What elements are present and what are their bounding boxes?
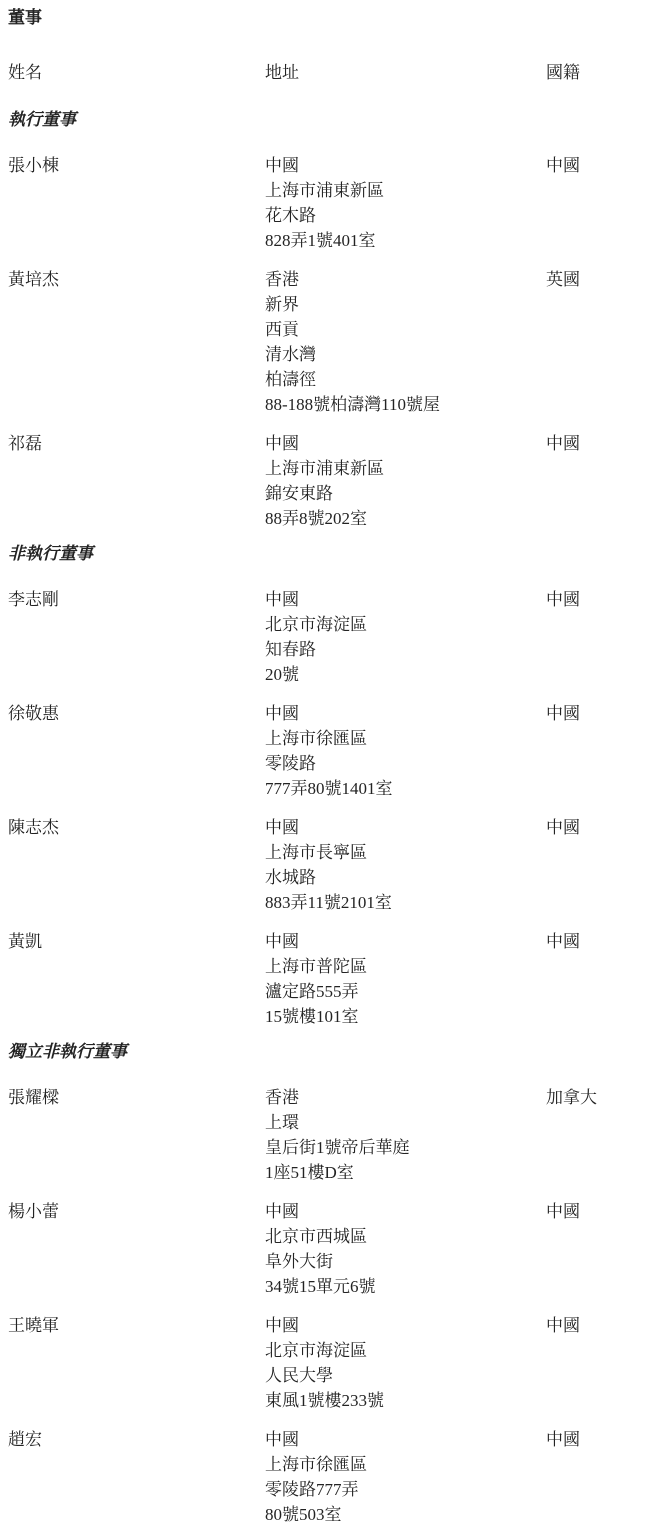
column-header-nationality: 國籍 (546, 64, 652, 81)
address-line: 777弄80號1401室 (265, 776, 546, 801)
section-heading: 非執行董事 (8, 545, 652, 563)
address-line: 中國 (265, 587, 546, 612)
address-line: 上海市浦東新區 (265, 178, 546, 203)
address-line: 中國 (265, 929, 546, 954)
director-row: 黃培杰香港新界西貢清水灣柏濤徑88-188號柏濤灣110號屋英國 (8, 267, 652, 417)
address-line: 883弄11號2101室 (265, 890, 546, 915)
address-line: 皇后街1號帝后華庭 (265, 1135, 546, 1160)
table-header: 姓名 地址 國籍 (8, 64, 652, 81)
address-line: 阜外大街 (265, 1249, 546, 1274)
director-address: 中國上海市徐匯區零陵路777弄80號1401室 (265, 701, 546, 801)
address-line: 北京市海淀區 (265, 1338, 546, 1363)
address-line: 清水灣 (265, 342, 546, 367)
director-name: 趙宏 (8, 1427, 265, 1525)
director-row: 祁磊中國上海市浦東新區錦安東路88弄8號202室中國 (8, 431, 652, 531)
address-line: 20號 (265, 662, 546, 687)
director-row: 張小棟中國上海市浦東新區花木路828弄1號401室中國 (8, 153, 652, 253)
address-line: 15號樓101室 (265, 1004, 546, 1029)
director-nationality: 中國 (546, 431, 652, 531)
director-name: 張小棟 (8, 153, 265, 253)
address-line: 上海市徐匯區 (265, 726, 546, 751)
address-line: 北京市海淀區 (265, 612, 546, 637)
director-address: 中國上海市徐匯區零陵路777弄80號503室 (265, 1427, 546, 1525)
address-line: 上海市普陀區 (265, 954, 546, 979)
director-address: 中國上海市普陀區瀘定路555弄15號樓101室 (265, 929, 546, 1029)
address-line: 中國 (265, 153, 546, 178)
column-header-name: 姓名 (8, 64, 265, 81)
director-name: 陳志杰 (8, 815, 265, 915)
address-line: 上海市浦東新區 (265, 456, 546, 481)
director-section: 執行董事張小棟中國上海市浦東新區花木路828弄1號401室中國黃培杰香港新界西貢… (8, 111, 652, 531)
director-sections: 執行董事張小棟中國上海市浦東新區花木路828弄1號401室中國黃培杰香港新界西貢… (8, 111, 652, 1525)
director-nationality: 中國 (546, 701, 652, 801)
address-line: 零陵路777弄 (265, 1477, 546, 1502)
director-nationality: 英國 (546, 267, 652, 417)
director-row: 楊小蕾中國北京市西城區阜外大街34號15單元6號中國 (8, 1199, 652, 1299)
address-line: 1座51樓D室 (265, 1160, 546, 1185)
address-line: 828弄1號401室 (265, 228, 546, 253)
director-row: 張耀樑香港上環皇后街1號帝后華庭1座51樓D室加拿大 (8, 1085, 652, 1185)
director-name: 李志剛 (8, 587, 265, 687)
director-nationality: 中國 (546, 815, 652, 915)
address-line: 西貢 (265, 317, 546, 342)
address-line: 中國 (265, 1199, 546, 1224)
director-nationality: 中國 (546, 929, 652, 1029)
director-address: 中國北京市海淀區知春路20號 (265, 587, 546, 687)
director-row: 陳志杰中國上海市長寧區水城路883弄11號2101室中國 (8, 815, 652, 915)
director-name: 張耀樑 (8, 1085, 265, 1185)
director-nationality: 中國 (546, 587, 652, 687)
address-line: 水城路 (265, 865, 546, 890)
address-line: 中國 (265, 1427, 546, 1452)
director-nationality: 中國 (546, 153, 652, 253)
director-name: 王曉軍 (8, 1313, 265, 1413)
director-name: 祁磊 (8, 431, 265, 531)
director-nationality: 中國 (546, 1313, 652, 1413)
directors-document: 董事 姓名 地址 國籍 執行董事張小棟中國上海市浦東新區花木路828弄1號401… (0, 0, 660, 1525)
director-row: 李志剛中國北京市海淀區知春路20號中國 (8, 587, 652, 687)
director-nationality: 中國 (546, 1427, 652, 1525)
director-section: 獨立非執行董事張耀樑香港上環皇后街1號帝后華庭1座51樓D室加拿大楊小蕾中國北京… (8, 1043, 652, 1525)
address-line: 34號15單元6號 (265, 1274, 546, 1299)
director-address: 中國上海市浦東新區錦安東路88弄8號202室 (265, 431, 546, 531)
address-line: 錦安東路 (265, 481, 546, 506)
section-heading: 執行董事 (8, 111, 652, 129)
address-line: 柏濤徑 (265, 367, 546, 392)
address-line: 上海市長寧區 (265, 840, 546, 865)
director-nationality: 中國 (546, 1199, 652, 1299)
address-line: 北京市西城區 (265, 1224, 546, 1249)
address-line: 中國 (265, 701, 546, 726)
address-line: 88-188號柏濤灣110號屋 (265, 392, 546, 417)
director-section: 非執行董事李志剛中國北京市海淀區知春路20號中國徐敬惠中國上海市徐匯區零陵路77… (8, 545, 652, 1029)
address-line: 瀘定路555弄 (265, 979, 546, 1004)
address-line: 上環 (265, 1110, 546, 1135)
address-line: 香港 (265, 1085, 546, 1110)
address-line: 花木路 (265, 203, 546, 228)
director-name: 徐敬惠 (8, 701, 265, 801)
address-line: 東風1號樓233號 (265, 1388, 546, 1413)
director-name: 黃凱 (8, 929, 265, 1029)
page-title: 董事 (8, 9, 652, 26)
address-line: 中國 (265, 815, 546, 840)
director-address: 中國上海市長寧區水城路883弄11號2101室 (265, 815, 546, 915)
director-row: 王曉軍中國北京市海淀區人民大學東風1號樓233號中國 (8, 1313, 652, 1413)
column-header-address: 地址 (265, 64, 546, 81)
director-name: 黃培杰 (8, 267, 265, 417)
director-address: 中國北京市海淀區人民大學東風1號樓233號 (265, 1313, 546, 1413)
director-address: 中國北京市西城區阜外大街34號15單元6號 (265, 1199, 546, 1299)
address-line: 中國 (265, 1313, 546, 1338)
address-line: 零陵路 (265, 751, 546, 776)
director-address: 香港新界西貢清水灣柏濤徑88-188號柏濤灣110號屋 (265, 267, 546, 417)
director-row: 趙宏中國上海市徐匯區零陵路777弄80號503室中國 (8, 1427, 652, 1525)
director-name: 楊小蕾 (8, 1199, 265, 1299)
address-line: 80號503室 (265, 1502, 546, 1525)
address-line: 知春路 (265, 637, 546, 662)
address-line: 人民大學 (265, 1363, 546, 1388)
address-line: 88弄8號202室 (265, 506, 546, 531)
address-line: 香港 (265, 267, 546, 292)
address-line: 上海市徐匯區 (265, 1452, 546, 1477)
director-row: 徐敬惠中國上海市徐匯區零陵路777弄80號1401室中國 (8, 701, 652, 801)
director-nationality: 加拿大 (546, 1085, 652, 1185)
director-row: 黃凱中國上海市普陀區瀘定路555弄15號樓101室中國 (8, 929, 652, 1029)
director-address: 香港上環皇后街1號帝后華庭1座51樓D室 (265, 1085, 546, 1185)
address-line: 新界 (265, 292, 546, 317)
section-heading: 獨立非執行董事 (8, 1043, 652, 1061)
address-line: 中國 (265, 431, 546, 456)
director-address: 中國上海市浦東新區花木路828弄1號401室 (265, 153, 546, 253)
